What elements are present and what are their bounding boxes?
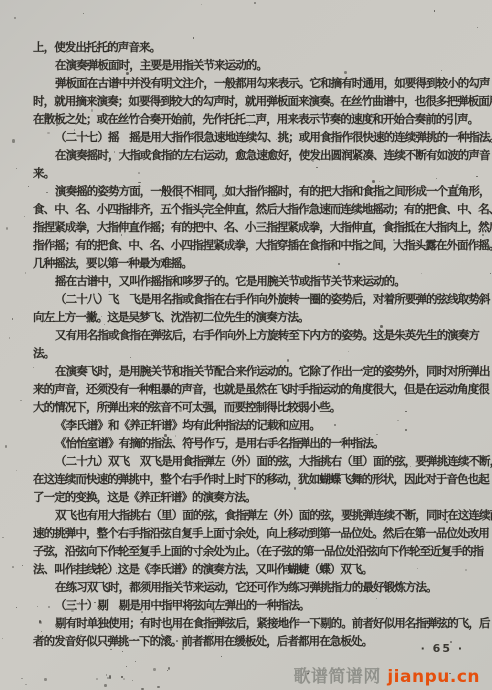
text-line: 几种摇法，要以第一种最为难摇。 [33,254,469,272]
text-line: 速的挑弹中，整个右手指沿弦自复手上面寸余处，向上移动到第一品位处。然后在第一品位… [33,524,469,542]
text-line: 在演奏摇时，大指或食指的左右运动，愈急速愈好，使发出圆润紧凑、连续不断有如波的声… [33,146,469,164]
text-line: 在演奏弹板面时，主要是用指关节来运动的。 [33,56,469,74]
text-line: 来。 [33,164,469,182]
scan-noise-dot [16,607,17,608]
scan-noise-dot [490,273,491,274]
scan-noise-dot [254,2,256,4]
scan-noise-dot [24,216,26,217]
text-line: （三十）剔 剔是用中指甲将弦向左弹出的一种指法。 [33,596,469,614]
scan-noise-dot [2,638,3,639]
text-line: 弹板面在古谱中并没有明文注介，一般都用勾来表示。它和摘有时通用，如要得到较小的勾… [33,74,469,92]
scan-noise-dot [12,139,15,143]
text-line: 摇在古谱中，又叫作摇指和哆罗子的。它是用腕关节或指节关节来运动的。 [33,272,469,290]
text-line: 《怡怡室谱》有摘的指法、符号作丂，是用右手名指弹出的一种指法。 [33,434,469,452]
scan-noise-dot [122,651,123,653]
scan-noise-dot [434,10,436,12]
scan-noise-dot [6,227,8,230]
scan-noise-dot [123,678,125,680]
scan-noise-dot [22,565,23,566]
text-line: 又有用名指或食指在弹弦后，右手作向外上方旋转至下内方的姿势。这是朱英先生的演奏方 [33,326,469,344]
scan-noise-dot [482,234,484,236]
scan-noise-dot [9,337,10,338]
scan-noise-dot [44,678,47,682]
scan-noise-dot [25,272,27,274]
watermark-site-name: 歌谱简谱网 [293,667,381,687]
text-line: 指作摇；有的把食、中、名、小四指捏紧成拳，大指穿插在食指和中指之间，大指头露在外… [33,236,469,254]
text-line: 指捏紧成拳，大指伸直作摇；有的把中、名、小三指捏紧成拳，大指伸直，食指抵在大指肉… [33,218,469,236]
text-line: 《李氏谱》和《养正轩谱》均有此种指法的记载和应用。 [33,416,469,434]
scan-noise-dot [106,674,107,676]
text-line: 法。 [33,344,469,362]
scan-noise-dot [12,566,14,568]
text-line: （二十九）双飞 双飞是用食指弹左（外）面的弦，大指挑右（里）面的弦，要弹挑连续不… [33,452,469,470]
scan-noise-dot [96,678,98,680]
scan-noise-dot [20,400,22,402]
text-line: 向左上方一撇。这是吴梦飞、沈浩初二位先生的演奏方法。 [33,308,469,326]
scan-noise-dot [16,470,17,471]
text-line: 上，使发出托托的声音来。 [33,38,469,56]
scan-noise-dot [14,17,16,18]
text-line: 在演奏飞时，是用腕关节和指关节配合来作运动的。它除了作出一定的姿势外，同时对所弹… [33,362,469,380]
text-line: 剔有时单独使用；有时也用在食指弹弦后，紧接地作一下剔的。前者好似用名指弹弦的飞，… [33,614,469,632]
page-text: 上，使发出托托的声音来。在演奏弹板面时，主要是用指关节来运动的。弹板面在古谱中并… [33,38,469,650]
scan-noise-dot [168,667,171,671]
text-line: 来的声音，还须没有一种粗暴的声音，也就是虽然在飞时手指运动的角度很大，但是在运动… [33,380,469,398]
text-line: 者的发音好似只弹挑一下的滚。前者都用在缓板处，后者都用在急板处。 [33,632,469,650]
scan-noise-dot [16,168,17,169]
scan-noise-dot [201,4,202,5]
text-line: 在这连续而快速的弹挑中，整个右手作时上时下的移动，犹如蝴蝶飞舞的形状，因此对于音… [33,470,469,488]
scanned-page: 上，使发出托托的声音来。在演奏弹板面时，主要是用指关节来运动的。弹板面在古谱中并… [0,0,492,690]
text-line: 大的情况下，所弹出来的弦音不可太强，而要控制得比较弱小些。 [33,398,469,416]
watermark: 歌谱简谱网 jianpu.cn [293,662,480,687]
scan-noise-dot [83,13,84,14]
scan-noise-dot [5,445,7,448]
scan-noise-dot [2,537,4,539]
scan-noise-dot [476,176,478,178]
page-number: · 65 · [421,642,464,655]
scan-noise-dot [126,666,128,667]
text-line: 在散板之处；或在丝竹合奏开始前，先作托托二声，用来表示节奏的速度和开始合奏前的引… [33,110,469,128]
text-line: 法、叫作挂线轮）这是《李氏谱》的演奏方法，又叫作蝴蜨（蝶）双飞。 [33,560,469,578]
text-line: 食、中、名、小四指排齐，五个指头完全伸直，然后大指作急速而连续地摇动；有的把食、… [33,200,469,218]
scan-noise-dot [21,678,22,679]
text-line: 子弦，沿弦向下作轮至复手上面的寸余处为止。（在子弦的第一品位处沿弦向下作轮至近复… [33,542,469,560]
scan-noise-dot [132,680,133,681]
text-line: 时，就用摘来演奏；如要得到较大的勾声时，就用弹板面来演奏。在丝竹曲谱中，也很多把… [33,92,469,110]
scan-noise-dot [12,318,13,320]
text-line: 双飞也有用大指挑右（里）面的弦，食指弹左（外）面的弦，要挑弹连续不断，同时在这连… [33,506,469,524]
text-line: 了一定的变换，这是《养正轩谱》的演奏方法。 [33,488,469,506]
scan-noise-dot [153,668,156,671]
watermark-site-url: jianpu.cn [387,667,480,687]
scan-noise-dot [104,684,106,687]
text-line: （二十七）摇 摇是用大指作很急速地连续勾、挑；或用食指作很快速的连续弹挑的一种指… [33,128,469,146]
scan-noise-dot [157,686,160,688]
scan-noise-dot [28,186,30,188]
scan-noise-dot [25,684,26,685]
scan-noise-dot [167,670,168,671]
text-line: 演奏摇的姿势方面，一般很不相同，如大指作摇时，有的把大指和食指之间形成一个直角形… [33,182,469,200]
scan-noise-dot [109,675,112,678]
scan-noise-dot [135,661,136,663]
text-line: （二十八）飞 飞是用名指或食指在右手作向外旋转一圈的姿势后，对着所要弹的弦线取势… [33,290,469,308]
scan-noise-dot [477,27,478,28]
scan-noise-dot [107,677,109,680]
scan-noise-dot [121,676,124,678]
scan-noise-dot [221,656,222,657]
text-line: 在练习双飞时，都须用指关节来运动，它还可作为练习弹挑指力的最好锻炼方法。 [33,578,469,596]
